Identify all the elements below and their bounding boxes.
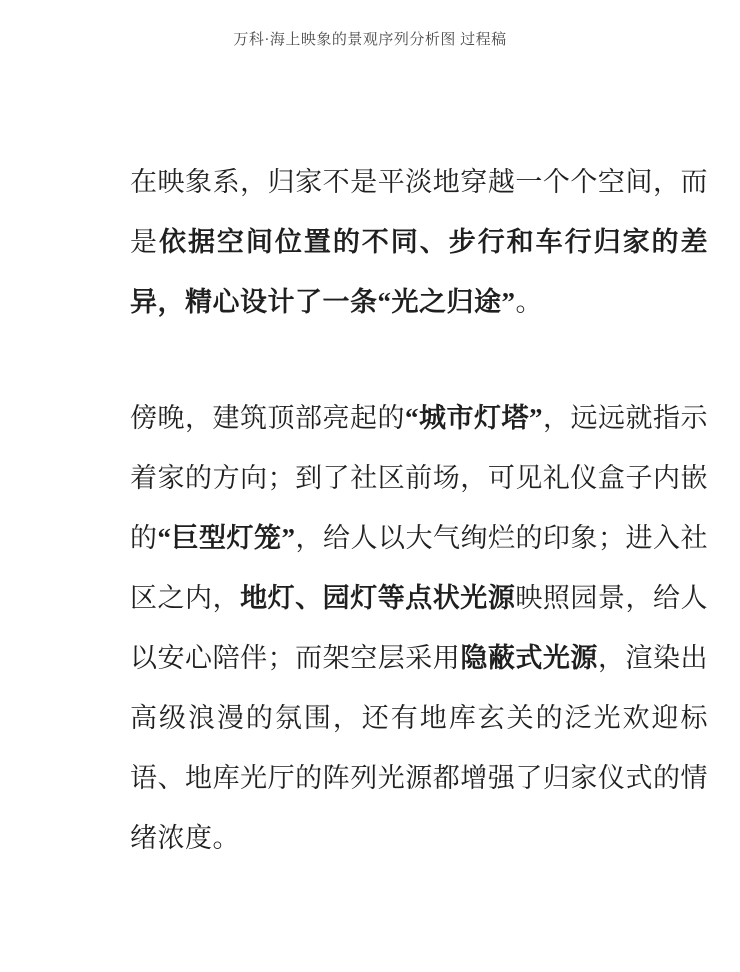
text-segment: 傍晚，建筑顶部亮起的 xyxy=(130,403,405,433)
text-segment: ，渲染出高级浪漫的氛围，还有地库玄关的泛光欢迎标语、地库光厅的阵列光源都增强了归… xyxy=(130,643,708,853)
text-segment: 。 xyxy=(516,287,544,317)
article-body: 在映象系，归家不是平淡地穿越一个个空间，而是依据空间位置的不同、步行和车行归家的… xyxy=(130,152,708,868)
text-segment-bold: “城市灯塔” xyxy=(405,403,543,433)
document-page: 万科·海上映象的景观序列分析图 过程稿 在映象系，归家不是平淡地穿越一个个空间，… xyxy=(0,0,740,972)
page-title: 万科·海上映象的景观序列分析图 过程稿 xyxy=(0,28,740,49)
text-segment-bold: 隐蔽式光源 xyxy=(460,643,598,673)
text-segment-bold: 依据空间位置的不同、步行和车行归家的差异，精心设计了一条“光之归途” xyxy=(130,227,708,317)
text-segment-bold: 地灯、园灯等点状光源 xyxy=(240,583,515,613)
text-segment-bold: “巨型灯笼” xyxy=(158,523,296,553)
paragraph-2: 傍晚，建筑顶部亮起的“城市灯塔”，远远就指示着家的方向；到了社区前场，可见礼仪盒… xyxy=(130,388,708,868)
paragraph-1: 在映象系，归家不是平淡地穿越一个个空间，而是依据空间位置的不同、步行和车行归家的… xyxy=(130,152,708,332)
